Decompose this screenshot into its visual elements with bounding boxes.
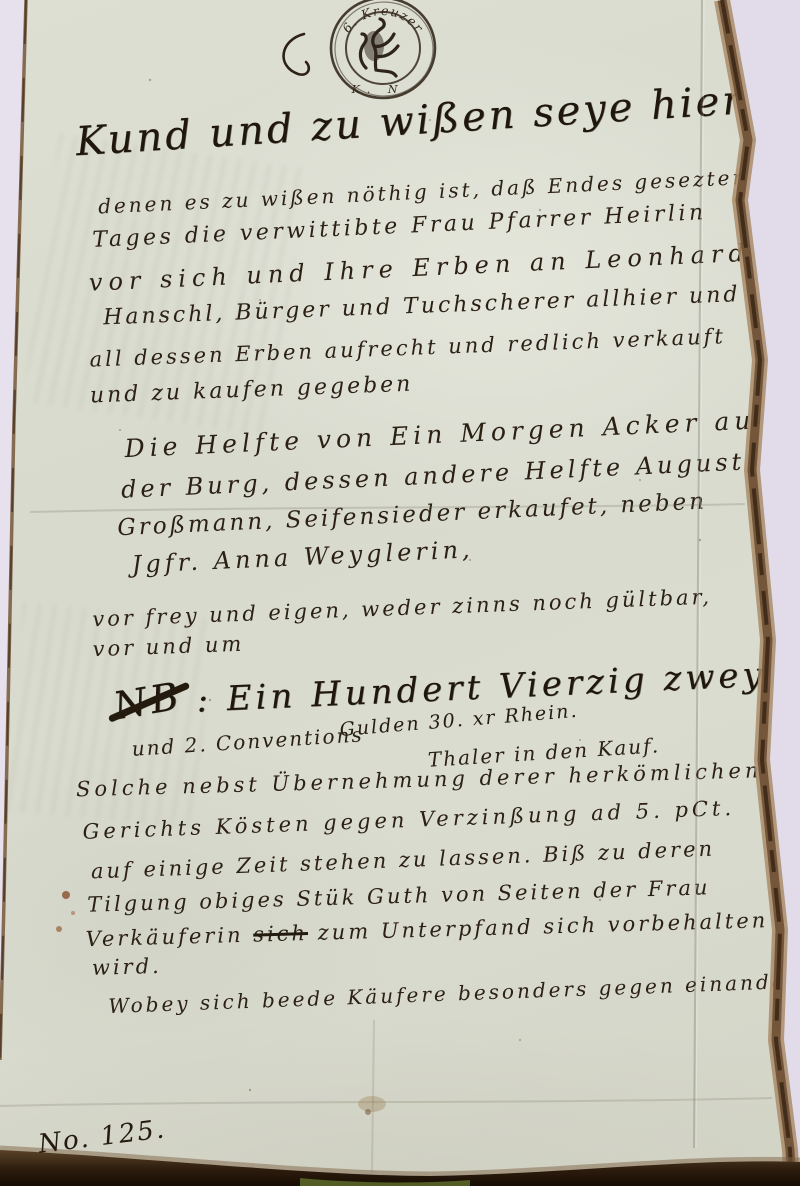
pen-flourish (258, 26, 318, 82)
manuscript-line: und zu kaufen gegeben (90, 372, 414, 409)
line-fragment: zum Unterpfand sich vorbehalten (308, 908, 769, 945)
manuscript-line: vor und um (92, 632, 245, 662)
manuscript-line: wird. (92, 954, 163, 980)
manuscript-line: auf einige Zeit stehen zu lassen. Biß zu… (91, 837, 716, 884)
scanned-manuscript-page: 6. Kreuzer K. N. Kund und zu wißen seye … (0, 0, 800, 1186)
manuscript-line: Wobey sich beede Käufere besonders gegen… (108, 969, 800, 1018)
currency-part1: und 2. Conventions (131, 722, 364, 761)
property-clause-line: Jgfr. Anna Weyglerin, (131, 535, 474, 578)
manuscript-line: Gerichts Kösten gegen Verzinßung ad 5. p… (82, 796, 735, 844)
revenue-stamp-seal: 6. Kreuzer K. N. (320, 0, 448, 106)
seal-bottom-text: K. N. (351, 83, 415, 96)
lion-rampant-icon (360, 19, 398, 76)
manuscript-line: Tilgung obiges Stük Guth von Seiten der … (87, 875, 711, 916)
struck-word: sich (253, 921, 308, 947)
line-fragment: Verkäuferin (85, 923, 253, 952)
manuscript-line: vor frey und eigen, weder zinns noch gül… (92, 585, 712, 632)
manuscript-text: Kund und zu wißen seye hiermit, denen es… (0, 0, 800, 1186)
manuscript-line: Verkäuferin sich zum Unterpfand sich vor… (85, 908, 768, 951)
manuscript-line: all dessen Erben aufrecht und redlich ve… (89, 324, 726, 371)
